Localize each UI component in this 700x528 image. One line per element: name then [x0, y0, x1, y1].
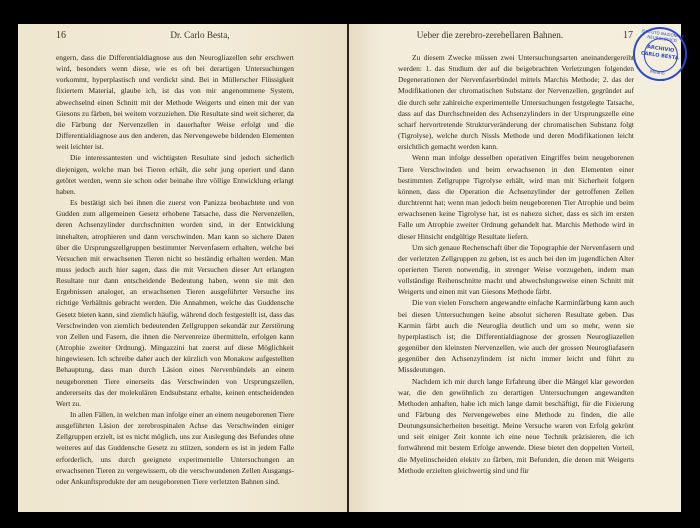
- left-running-head: Dr. Carlo Besta,: [140, 30, 260, 40]
- right-page-body: Zu diesem Zwecke müssen zwei Untersuchun…: [398, 52, 634, 476]
- right-running-head: Ueber die zerebro-zerebellaren Bahnen.: [395, 30, 585, 40]
- left-page-number: 16: [56, 30, 66, 41]
- left-paragraph-1: engern, dass die Differentialdiagnose au…: [56, 52, 294, 152]
- right-paragraph-3: Um sich genaue Rechenschaft über die Top…: [398, 242, 634, 298]
- book-gutter: [347, 24, 349, 512]
- right-page-number: 17: [623, 30, 633, 41]
- right-paragraph-2: Wenn man infolge desselben operativen Ei…: [398, 152, 634, 241]
- right-paragraph-4: Die von vielen Forschern angewandte einf…: [398, 297, 634, 375]
- left-paragraph-3: Es bestätigt sich bei ihnen die zuerst v…: [56, 197, 294, 409]
- left-paragraph-2: Die interessantesten und wichtigsten Res…: [56, 152, 294, 197]
- right-paragraph-1: Zu diesem Zwecke müssen zwei Untersuchun…: [398, 52, 634, 152]
- left-paragraph-4: In allen Fällen, in welchen man infolge …: [56, 409, 294, 487]
- right-paragraph-5: Nachdem ich mir durch lange Erfahrung üb…: [398, 376, 634, 476]
- left-page-body: engern, dass die Differentialdiagnose au…: [56, 52, 294, 487]
